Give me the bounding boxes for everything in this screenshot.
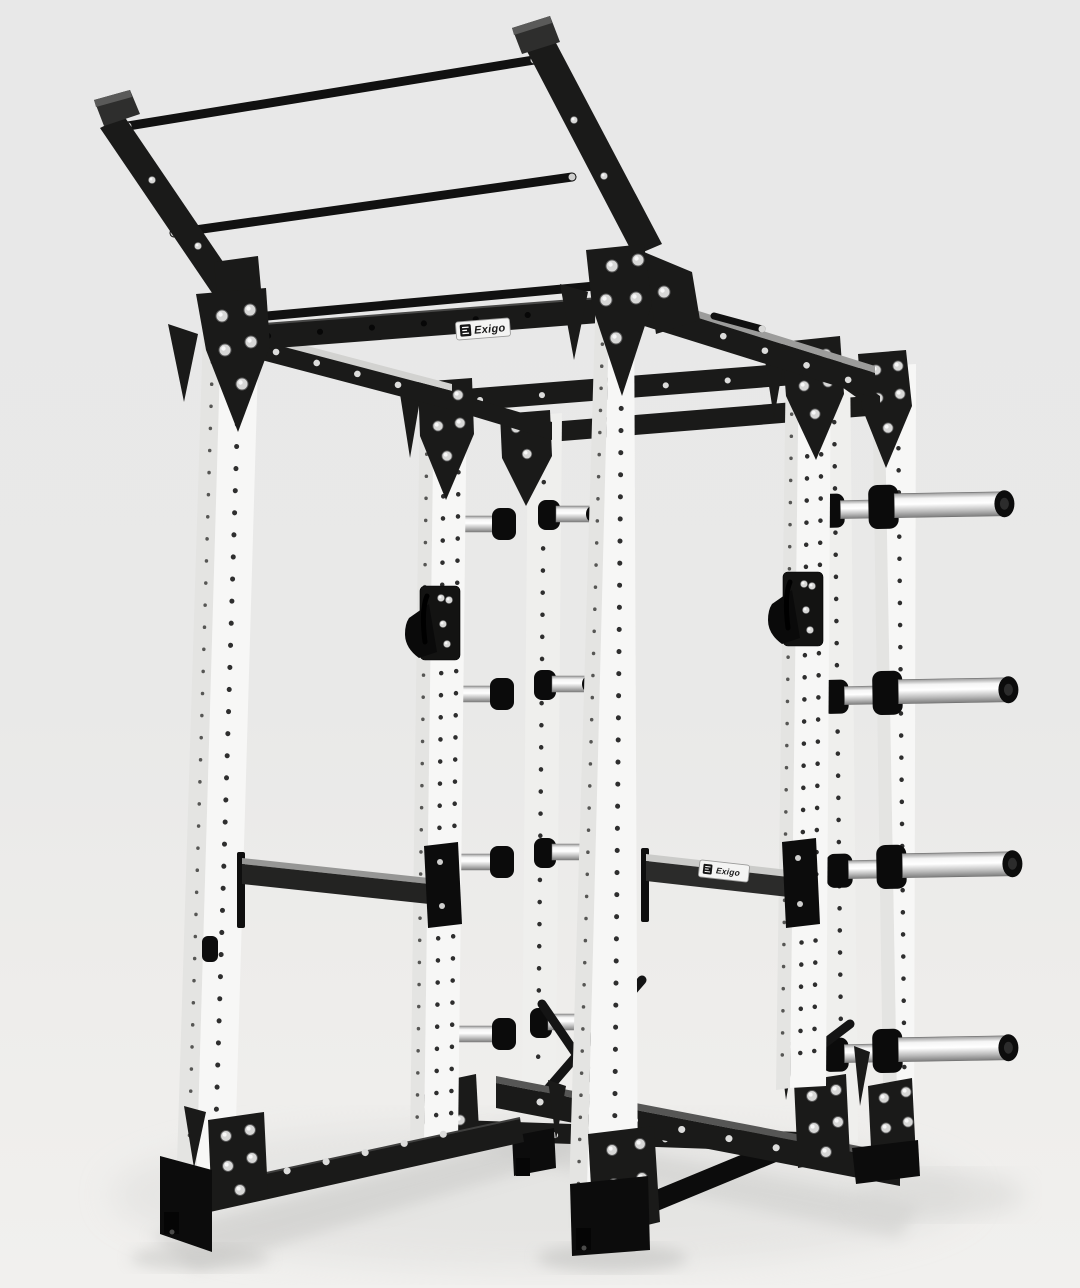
power-rack-render: Exigo: [0, 0, 1080, 1288]
upright-rear-left: [410, 384, 467, 1147]
product-image: Exigo: [0, 0, 1080, 1288]
band-peg-front-left: [202, 936, 218, 962]
exigo-logo-icon: [460, 324, 472, 337]
brand-badge: Exigo: [455, 318, 510, 340]
exigo-logo-icon-small: [703, 864, 713, 875]
brand-badge-text: Exigo: [474, 322, 506, 336]
